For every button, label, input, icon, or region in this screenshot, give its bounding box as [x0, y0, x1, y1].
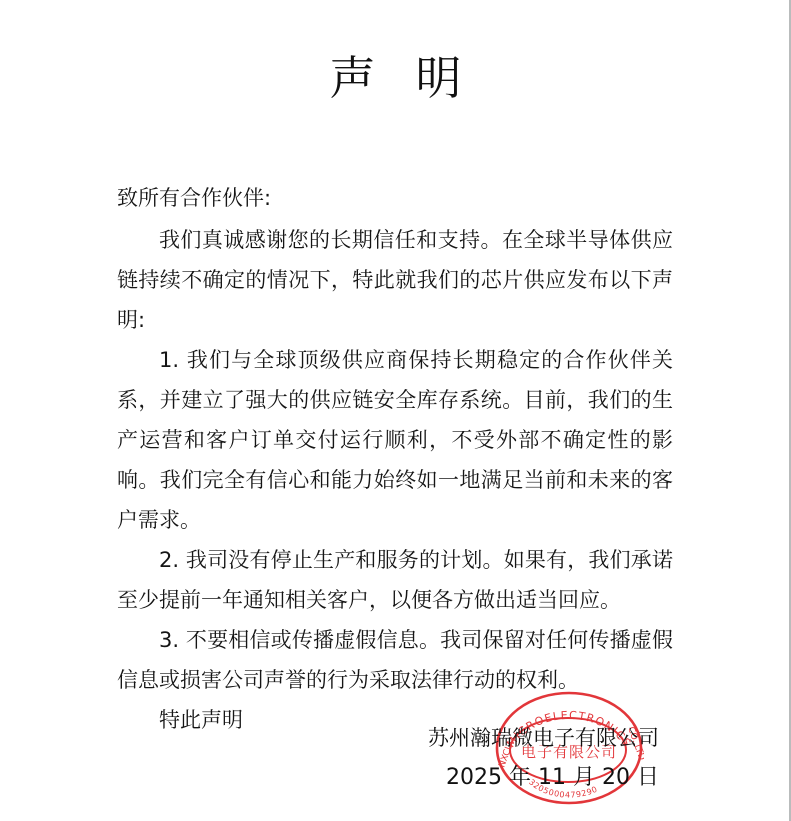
paragraph-point-3: 3. 不要相信或传播虚假信息。我司保留对任何传播虚假信息或损害公司声誉的行为采取…: [117, 620, 673, 700]
paragraph-point-2: 2. 我司没有停止生产和服务的计划。如果有，我们承诺至少提前一年通知相关客户，以…: [117, 540, 673, 620]
signature-block: 苏州瀚瑞微电子有限公司 2025 年 11 月 20 日: [428, 718, 659, 798]
document-body: 致所有合作伙伴: 我们真诚感谢您的长期信任和支持。在全球半导体供应链持续不确定的…: [117, 178, 673, 740]
company-name: 苏州瀚瑞微电子有限公司: [428, 718, 659, 758]
salutation: 致所有合作伙伴:: [117, 178, 673, 218]
paragraph-point-1: 1. 我们与全球顶级供应商保持长期稳定的合作伙伴关系，并建立了强大的供应链安全库…: [117, 340, 673, 540]
signature-date: 2025 年 11 月 20 日: [428, 758, 659, 798]
document-title: 声明: [0, 48, 791, 108]
paragraph-intro: 我们真诚感谢您的长期信任和支持。在全球半导体供应链持续不确定的情况下，特此就我们…: [117, 220, 673, 340]
